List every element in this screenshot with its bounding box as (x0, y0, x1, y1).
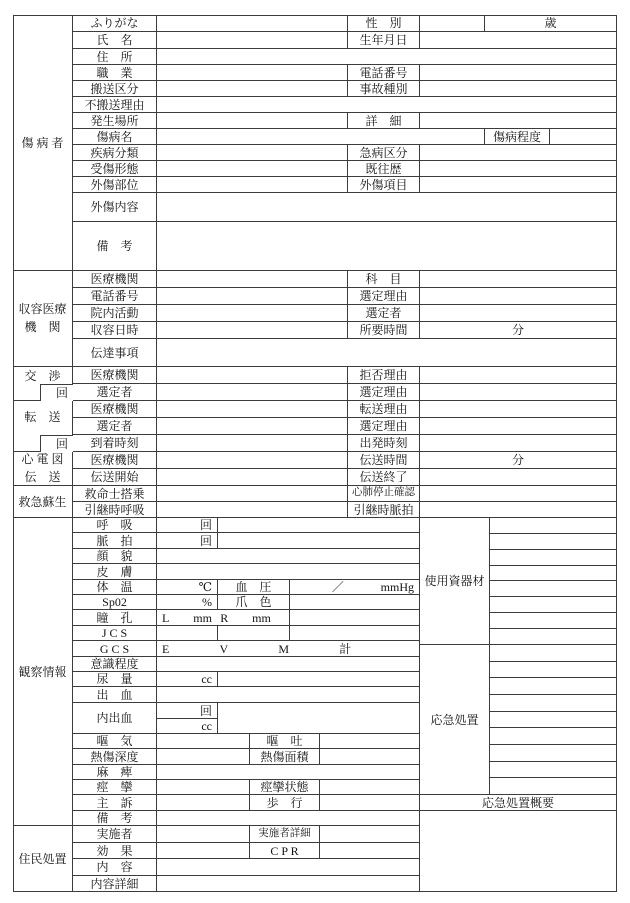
field-age-unit: 歳 (485, 15, 617, 32)
section-negotiation-title: 交 渉 (24, 370, 60, 382)
field-accident-type-value (420, 81, 617, 97)
field-birthdate-value (420, 32, 617, 49)
label-trauma-detail: 外傷内容 (73, 193, 157, 222)
label-face: 顔 貌 (73, 549, 157, 564)
field-transfer-institution-value (157, 401, 348, 418)
label-spo2: Sp02 (73, 595, 157, 610)
field-nail-color-value (290, 595, 420, 610)
field-convulsion-state-value (320, 780, 420, 795)
label-pulse: 脈 拍 (73, 533, 157, 549)
label-gcs: G C S (73, 641, 157, 657)
label-sudden-illness-class: 急病区分 (348, 145, 420, 161)
field-consciousness-value (157, 657, 420, 672)
field-gcs-value: EVM計 (157, 641, 420, 657)
label-bleeding: 出 血 (73, 687, 157, 703)
label-transfer-selection-reason: 選定理由 (348, 418, 420, 435)
section-resuscitation-title: 救急蘇生 (18, 496, 66, 508)
temperature-celsius-unit: ℃ (157, 580, 218, 595)
label-internal-bleeding: 内出血 (73, 703, 157, 734)
field-sex-value (420, 15, 485, 32)
label-paralysis: 麻 痺 (73, 765, 157, 780)
label-consciousness: 意識程度 (73, 657, 157, 672)
label-pupil: 瞳 孔 (73, 610, 157, 626)
label-admission-datetime: 収容日時 (73, 322, 157, 339)
field-pupil-value: LmmRmm (157, 610, 290, 626)
field-first-aid-row-7 (490, 745, 617, 762)
field-victim-remarks-value (157, 222, 617, 271)
label-disease-class: 疾病分類 (73, 145, 157, 161)
field-trauma-detail-value (157, 193, 617, 222)
urine-cc-unit: cc (157, 672, 218, 687)
field-paralysis-value (157, 765, 420, 780)
field-content-value (157, 859, 420, 876)
field-equipment-row-4 (490, 566, 617, 581)
field-occupation-value (157, 65, 348, 81)
field-first-aid-row-1 (490, 645, 617, 662)
gcs-v: V (220, 643, 229, 655)
breathing-times-unit: 回 (157, 518, 218, 533)
gcs-m: M (278, 643, 289, 655)
label-vomiting: 嘔 吐 (250, 734, 320, 749)
field-first-aid-row-8 (490, 762, 617, 778)
label-urine: 尿 量 (73, 672, 157, 687)
field-hospital-message-value (157, 339, 617, 367)
field-first-aid-row-5 (490, 712, 617, 728)
label-first-aid: 応急処置 (420, 645, 490, 795)
label-injury-name: 傷病名 (73, 129, 157, 145)
label-walking: 歩 行 (250, 795, 320, 811)
transfer-times-cell: 回 (40, 435, 73, 452)
field-negotiation-institution-value (157, 367, 348, 384)
field-equipment-row-6 (490, 597, 617, 613)
field-address-value (157, 49, 617, 65)
field-equipment-row-3 (490, 550, 617, 566)
field-equipment-row-1 (490, 518, 617, 534)
field-hospital-institution-value (157, 271, 348, 288)
field-jcs-value-3 (290, 626, 420, 641)
section-transfer-title: 転 送 (24, 411, 60, 423)
label-detail: 詳 細 (348, 113, 420, 129)
field-skin-value (157, 564, 420, 580)
field-admission-datetime-value (157, 322, 348, 339)
section-ecg-title-line1: 心 電 図 (21, 452, 63, 469)
label-hospital-phone: 電話番号 (73, 288, 157, 305)
label-furigana: ふりがな (73, 15, 157, 32)
field-content-detail-value (157, 876, 420, 892)
label-address: 住 所 (73, 49, 157, 65)
label-arrival-time: 到着時刻 (73, 435, 157, 452)
field-internal-bleeding-value (218, 703, 420, 734)
label-content: 内 容 (73, 859, 157, 876)
field-handover-pulse-value (420, 502, 617, 518)
field-paramedic-onboard-value (157, 486, 348, 502)
label-convulsion-state: 痙攣状態 (250, 780, 320, 795)
field-name-value (157, 32, 348, 49)
label-cpr: C P R (250, 843, 320, 859)
label-negotiation-selector: 選定者 (73, 384, 157, 401)
section-resident-aid-title: 住民処置 (18, 853, 66, 865)
label-transfer-selector: 選定者 (73, 418, 157, 435)
label-nail-color: 爪 色 (218, 595, 290, 610)
label-required-time: 所要時間 (348, 322, 420, 339)
field-pulse-value (218, 533, 420, 549)
label-first-aid-summary: 応急処置概要 (420, 795, 617, 811)
label-hospital-selection-reason: 選定理由 (348, 288, 420, 305)
label-breathing: 呼 吸 (73, 518, 157, 533)
field-nausea-value (157, 734, 250, 749)
label-ecg-duration: 伝送時間 (348, 452, 420, 469)
label-temperature: 体 温 (73, 580, 157, 595)
field-equipment-row-7 (490, 613, 617, 629)
label-ecg-start: 伝送開始 (73, 469, 157, 486)
field-disease-class-value (157, 145, 348, 161)
field-jcs-value-2 (218, 626, 290, 641)
label-negotiation-selection-reason: 選定理由 (348, 384, 420, 401)
field-ecg-end-value (420, 469, 617, 486)
field-ecg-institution-value (157, 452, 348, 469)
field-hospital-selector-value (420, 305, 617, 322)
label-performer: 実施者 (73, 826, 157, 843)
field-observation-remarks-value (157, 811, 420, 826)
pupil-left: L (162, 612, 169, 624)
pulse-times-unit: 回 (157, 533, 218, 549)
bp-slash: ／ (332, 581, 344, 593)
field-refusal-reason-value (420, 367, 617, 384)
label-performer-detail: 実施者詳細 (250, 826, 320, 843)
field-hospital-selection-reason-value (420, 288, 617, 305)
field-first-aid-row-6 (490, 728, 617, 745)
field-hospital-phone-value (157, 288, 348, 305)
field-first-aid-row-2 (490, 662, 617, 678)
internal-bleeding-times-unit: 回 (157, 703, 218, 719)
field-departure-time-value (420, 435, 617, 452)
field-injury-name-value (157, 129, 485, 145)
section-observation: 観察情報 (13, 518, 73, 826)
label-hospital-selector: 選定者 (348, 305, 420, 322)
field-blood-pressure-value: ／mmHg (290, 580, 420, 595)
label-trauma-item: 外傷項目 (348, 177, 420, 193)
field-face-value (157, 549, 420, 564)
field-walking-value (320, 795, 420, 811)
field-trauma-region-value (157, 177, 348, 193)
label-convulsion: 痙 攣 (73, 780, 157, 795)
label-in-hospital-activity: 院内活動 (73, 305, 157, 322)
label-burn-area: 熱傷面積 (250, 749, 320, 765)
field-negotiation-selector-value (157, 384, 348, 401)
field-arrival-time-value (157, 435, 348, 452)
label-hospital-institution: 医療機関 (73, 271, 157, 288)
field-occurrence-place-value (157, 113, 348, 129)
field-transfer-selector-value (157, 418, 348, 435)
section-observation-title: 観察情報 (18, 666, 66, 678)
field-burn-area-value (320, 749, 420, 765)
field-burn-depth-value (157, 749, 250, 765)
label-burn-depth: 熱傷深度 (73, 749, 157, 765)
label-injury-form: 受傷形態 (73, 161, 157, 177)
label-jcs: J C S (73, 626, 157, 641)
label-occupation: 職 業 (73, 65, 157, 81)
label-cpa-confirm: 心肺停止確認 (348, 486, 420, 502)
label-victim-remarks: 備 考 (73, 222, 157, 271)
label-departure-time: 出発時刻 (348, 435, 420, 452)
label-paramedic-onboard: 救命士搭乗 (73, 486, 157, 502)
section-victim: 傷 病 者 (13, 15, 73, 271)
label-name: 氏 名 (73, 32, 157, 49)
label-observation-remarks: 備 考 (73, 811, 157, 826)
label-medical-history: 既往歴 (348, 161, 420, 177)
field-sudden-illness-class-value (420, 145, 617, 161)
section-resident-aid: 住民処置 (13, 826, 73, 892)
label-handover-pulse: 引継時脈拍 (348, 502, 420, 518)
field-first-aid-row-4 (490, 695, 617, 712)
gcs-e: E (162, 643, 169, 655)
section-ecg-title-line2: 伝 送 (24, 469, 60, 486)
field-required-time-value: 分 (420, 322, 617, 339)
label-transfer-reason: 転送理由 (348, 401, 420, 418)
field-equipment-row-5 (490, 581, 617, 597)
field-cpa-confirm-value (420, 486, 617, 502)
section-ecg: 心 電 図 伝 送 (13, 452, 73, 486)
label-negotiation-institution: 医療機関 (73, 367, 157, 384)
label-chief-complaint: 主 訴 (73, 795, 157, 811)
field-breathing-value (218, 518, 420, 533)
section-hospital-title-line1: 収容医療 (18, 301, 66, 318)
label-trauma-region: 外傷部位 (73, 177, 157, 193)
label-content-detail: 内容詳細 (73, 876, 157, 892)
field-ecg-duration-value: 分 (420, 452, 617, 469)
section-resuscitation: 救急蘇生 (13, 486, 73, 518)
section-victim-title: 傷 病 者 (21, 137, 63, 149)
section-hospital: 収容医療 機 関 (13, 271, 73, 367)
field-first-aid-row-9 (490, 778, 617, 795)
pupil-right: R (220, 612, 228, 624)
field-vomiting-value (320, 734, 420, 749)
field-ecg-start-value (157, 469, 348, 486)
field-in-hospital-activity-value (157, 305, 348, 322)
field-transport-class-value (157, 81, 348, 97)
label-refusal-reason: 拒否理由 (348, 367, 420, 384)
label-handover-breathing: 引継時呼吸 (73, 502, 157, 518)
label-no-transport-reason: 不搬送理由 (73, 97, 157, 113)
label-nausea: 嘔 気 (73, 734, 157, 749)
field-hospital-department-value (420, 271, 617, 288)
field-convulsion-value (157, 780, 250, 795)
gcs-total: 計 (339, 643, 351, 655)
field-jcs-value-1 (157, 626, 218, 641)
field-trauma-item-value (420, 177, 617, 193)
bp-mmhg-unit: mmHg (381, 581, 414, 593)
field-first-aid-summary-value (420, 811, 617, 892)
label-phone: 電話番号 (348, 65, 420, 81)
label-accident-type: 事故種別 (348, 81, 420, 97)
field-detail-value (420, 113, 617, 129)
field-effect-value (157, 843, 250, 859)
field-equipment-row-8 (490, 629, 617, 645)
label-occurrence-place: 発生場所 (73, 113, 157, 129)
field-cpr-value (320, 843, 420, 859)
field-transfer-selection-reason-value (420, 418, 617, 435)
field-no-transport-reason-value (157, 97, 617, 113)
label-transfer-institution: 医療機関 (73, 401, 157, 418)
section-hospital-title-line2: 機 関 (24, 319, 60, 336)
label-transport-class: 搬送区分 (73, 81, 157, 97)
field-handover-breathing-value (157, 502, 348, 518)
field-furigana-value (157, 15, 348, 32)
field-transfer-reason-value (420, 401, 617, 418)
label-ecg-end: 伝送終了 (348, 469, 420, 486)
field-equipment-row-2 (490, 534, 617, 550)
label-effect: 効 果 (73, 843, 157, 859)
spo2-percent-unit: % (157, 595, 218, 610)
internal-bleeding-cc-unit: cc (157, 719, 218, 734)
field-severity-value (550, 129, 617, 145)
pupil-left-mm: mm (193, 612, 212, 624)
negotiation-times-cell: 回 (40, 384, 73, 401)
label-sex: 性 別 (348, 15, 420, 32)
label-equipment: 使用資器材 (420, 518, 490, 645)
label-severity: 傷病程度 (485, 129, 550, 145)
field-performer-value (157, 826, 250, 843)
field-negotiation-selection-reason-value (420, 384, 617, 401)
field-phone-value (420, 65, 617, 81)
label-birthdate: 生年月日 (348, 32, 420, 49)
field-chief-complaint-value (157, 795, 250, 811)
field-performer-detail-value (320, 826, 420, 843)
field-bleeding-value (157, 687, 420, 703)
field-medical-history-value (420, 161, 617, 177)
label-ecg-institution: 医療機関 (73, 452, 157, 469)
label-blood-pressure: 血 圧 (218, 580, 290, 595)
field-first-aid-row-3 (490, 678, 617, 695)
label-skin: 皮 膚 (73, 564, 157, 580)
field-injury-form-value (157, 161, 348, 177)
label-hospital-message: 伝達事項 (73, 339, 157, 367)
pupil-right-mm: mm (252, 612, 271, 624)
field-pupil-extra-value (290, 610, 420, 626)
label-hospital-department: 科 目 (348, 271, 420, 288)
field-urine-value (218, 672, 420, 687)
